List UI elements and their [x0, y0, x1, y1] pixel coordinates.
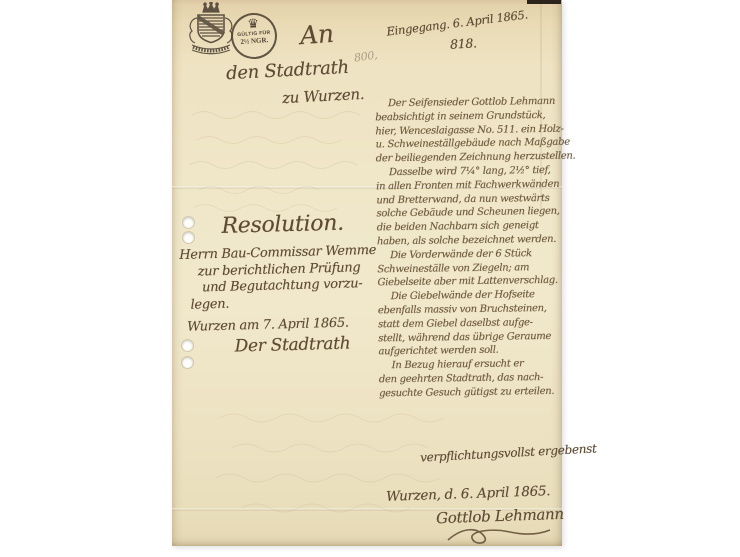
scanned-document-view: ♛ GÜLTIG FÜR 2½ NGR. Eingegang. 6. April…: [0, 0, 740, 557]
punch-hole: [182, 340, 193, 351]
crown-icon: ♛: [247, 18, 260, 32]
coat-of-arms-stamp-icon: [186, 2, 238, 58]
signature-flourish-icon: [444, 524, 554, 548]
punch-hole: [183, 232, 194, 243]
resolution-block: Resolution. Herrn Bau-Commissar Wemme zu…: [176, 209, 410, 358]
pencil-number-note: 800,: [353, 48, 378, 64]
fee-stamp-text-line2: 2½ NGR.: [240, 36, 268, 46]
address-salutation: An: [299, 19, 335, 50]
bleed-through-texture: [187, 100, 397, 215]
resolution-heading: Resolution.: [221, 209, 407, 239]
resolution-date-line: Wurzen am 7. April 1865.: [187, 314, 409, 335]
letter-page: ♛ GÜLTIG FÜR 2½ NGR. Eingegang. 6. April…: [172, 0, 562, 546]
punch-hole: [182, 357, 193, 368]
body-line: gesuchte Gesuch gütigst zu erteilen.: [379, 384, 567, 400]
punch-hole: [183, 217, 194, 228]
scan-edge-artifact: [527, 0, 561, 4]
address-line2: den Stadtrath: [226, 57, 350, 84]
received-note-line1: Eingegang. 6. April 1865.: [386, 7, 529, 38]
received-note-number: 818.: [450, 35, 477, 51]
